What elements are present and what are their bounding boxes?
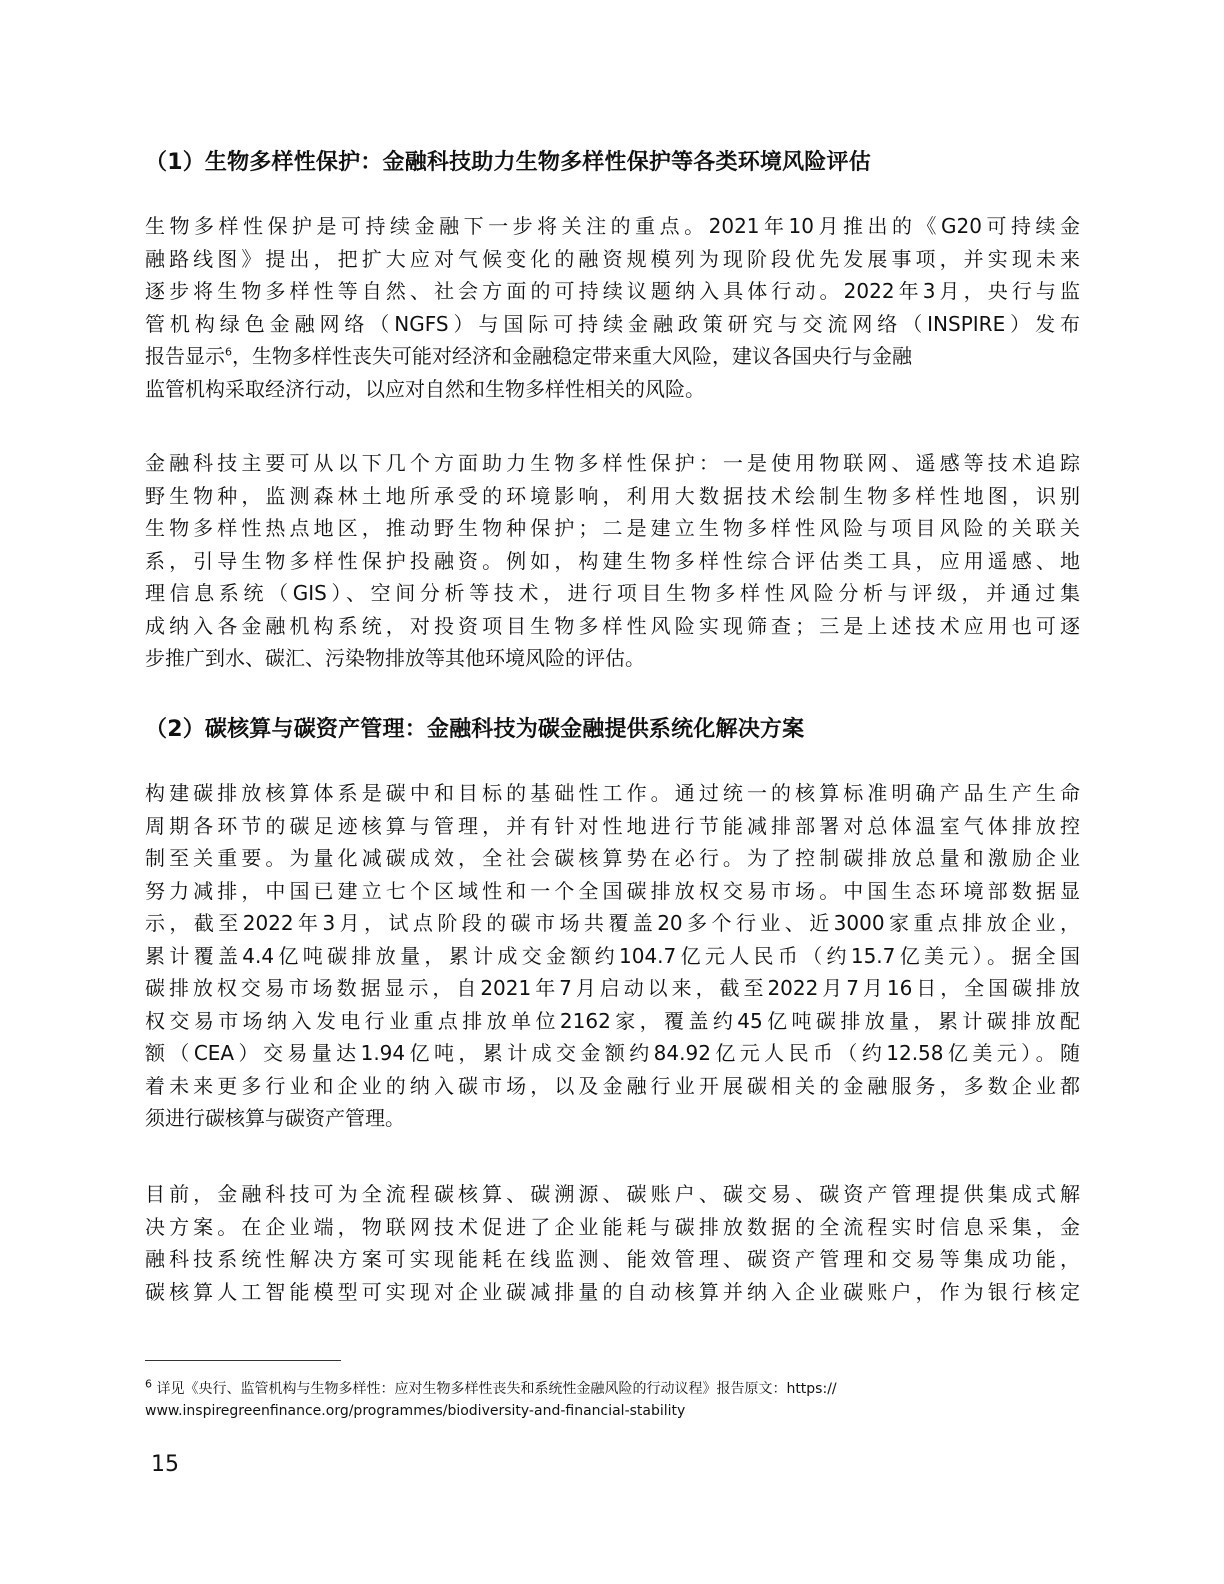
text-line: 野生物种，监测森林土地所承受的环境影响，利用大数据技术绘制生物多样性地图，识别	[145, 480, 1080, 513]
text-line: 决方案。在企业端，物联网技术促进了企业能耗与碳排放数据的全流程实时信息采集，金	[145, 1211, 1080, 1244]
text-line: 累计覆盖4.4亿吨碳排放量，累计成交金额约104.7亿元人民币（约15.7亿美元…	[145, 940, 1080, 973]
text-line: 步推广到水、碳汇、污染物排放等其他环境风险的评估。	[145, 642, 1080, 675]
text-line: 碳核算人工智能模型可实现对企业碳减排量的自动核算并纳入企业碳账户，作为银行核定	[145, 1276, 1080, 1309]
text-line: 融科技系统性解决方案可实现能耗在线监测、能效管理、碳资产管理和交易等集成功能，	[145, 1243, 1080, 1276]
paragraph-fintech-biodiversity: 金融科技主要可从以下几个方面助力生物多样性保护：一是使用物联网、遥感等技术追踪 …	[145, 447, 1080, 675]
paragraph-carbon-accounting: 构建碳排放核算体系是碳中和目标的基础性工作。通过统一的核算标准明确产品生产生命 …	[145, 777, 1080, 1135]
footnote-divider	[145, 1360, 341, 1361]
text-line: 系，引导生物多样性保护投融资。例如，构建生物多样性综合评估类工具，应用遥感、地	[145, 545, 1080, 578]
footnote-url[interactable]: www.inspiregreenfinance.org/programmes/b…	[145, 1400, 1045, 1422]
text-line: 成纳入各金融机构系统，对投资项目生物多样性风险实现筛查；三是上述技术应用也可逐	[145, 610, 1080, 643]
text-line: 周期各环节的碳足迹核算与管理，并有针对性地进行节能减排部署对总体温室气体排放控	[145, 810, 1080, 843]
footnote-text: 详见《央行、监管机构与生物多样性：应对生物多样性丧失和系统性金融风险的行动议程》…	[152, 1381, 837, 1397]
footnote: 6 详见《央行、监管机构与生物多样性：应对生物多样性丧失和系统性金融风险的行动议…	[145, 1378, 1045, 1422]
text-line: 构建碳排放核算体系是碳中和目标的基础性工作。通过统一的核算标准明确产品生产生命	[145, 777, 1080, 810]
text-line: 权交易市场纳入发电行业重点排放单位2162家，覆盖约45亿吨碳排放量，累计碳排放…	[145, 1005, 1080, 1038]
footnote-marker: 6	[145, 1377, 152, 1390]
text-line: 融路线图》提出，把扩大应对气候变化的融资规模列为现阶段优先发展事项，并实现未来	[145, 243, 1080, 276]
text-segment: ，生物多样性丧失可能对经济和金融稳定带来重大风险，建议各国央行与金融	[232, 344, 912, 368]
text-line: 示，截至2022年3月，试点阶段的碳市场共覆盖20多个行业、近3000家重点排放…	[145, 907, 1080, 940]
text-line: 须进行碳核算与碳资产管理。	[145, 1102, 1080, 1135]
footnote-reference[interactable]: 6	[225, 345, 232, 358]
text-line: 着未来更多行业和企业的纳入碳市场，以及金融行业开展碳相关的金融服务，多数企业都	[145, 1070, 1080, 1103]
text-line: 报告显示6，生物多样性丧失可能对经济和金融稳定带来重大风险，建议各国央行与金融	[145, 340, 1080, 373]
section-heading-biodiversity: （1）生物多样性保护：金融科技助力生物多样性保护等各类环境风险评估	[145, 145, 871, 176]
text-line: 额（CEA）交易量达1.94亿吨，累计成交金额约84.92亿元人民币（约12.5…	[145, 1037, 1080, 1070]
text-line: 监管机构采取经济行动，以应对自然和生物多样性相关的风险。	[145, 373, 1080, 406]
text-line: 逐步将生物多样性等自然、社会方面的可持续议题纳入具体行动。2022年3月，央行与…	[145, 275, 1080, 308]
footnote-line: 6 详见《央行、监管机构与生物多样性：应对生物多样性丧失和系统性金融风险的行动议…	[145, 1378, 1045, 1400]
text-segment: 报告显示	[145, 344, 225, 368]
section-heading-carbon-accounting: （2）碳核算与碳资产管理：金融科技为碳金融提供系统化解决方案	[145, 712, 804, 743]
text-line: 理信息系统（GIS）、空间分析等技术，进行项目生物多样性风险分析与评级，并通过集	[145, 577, 1080, 610]
text-line: 努力减排，中国已建立七个区域性和一个全国碳排放权交易市场。中国生态环境部数据显	[145, 875, 1080, 908]
paragraph-biodiversity-intro: 生物多样性保护是可持续金融下一步将关注的重点。2021年10月推出的《G20可持…	[145, 210, 1080, 405]
text-line: 生物多样性保护是可持续金融下一步将关注的重点。2021年10月推出的《G20可持…	[145, 210, 1080, 243]
text-line: 管机构绿色金融网络（NGFS）与国际可持续金融政策研究与交流网络（INSPIRE…	[145, 308, 1080, 341]
text-line: 金融科技主要可从以下几个方面助力生物多样性保护：一是使用物联网、遥感等技术追踪	[145, 447, 1080, 480]
text-line: 目前，金融科技可为全流程碳核算、碳溯源、碳账户、碳交易、碳资产管理提供集成式解	[145, 1178, 1080, 1211]
text-line: 生物多样性热点地区，推动野生物种保护；二是建立生物多样性风险与项目风险的关联关	[145, 512, 1080, 545]
text-line: 制至关重要。为量化减碳成效，全社会碳核算势在必行。为了控制碳排放总量和激励企业	[145, 842, 1080, 875]
paragraph-fintech-carbon: 目前，金融科技可为全流程碳核算、碳溯源、碳账户、碳交易、碳资产管理提供集成式解 …	[145, 1178, 1080, 1308]
text-line: 碳排放权交易市场数据显示，自2021年7月启动以来，截至2022月7月16日，全…	[145, 972, 1080, 1005]
page-number: 15	[151, 1452, 179, 1477]
